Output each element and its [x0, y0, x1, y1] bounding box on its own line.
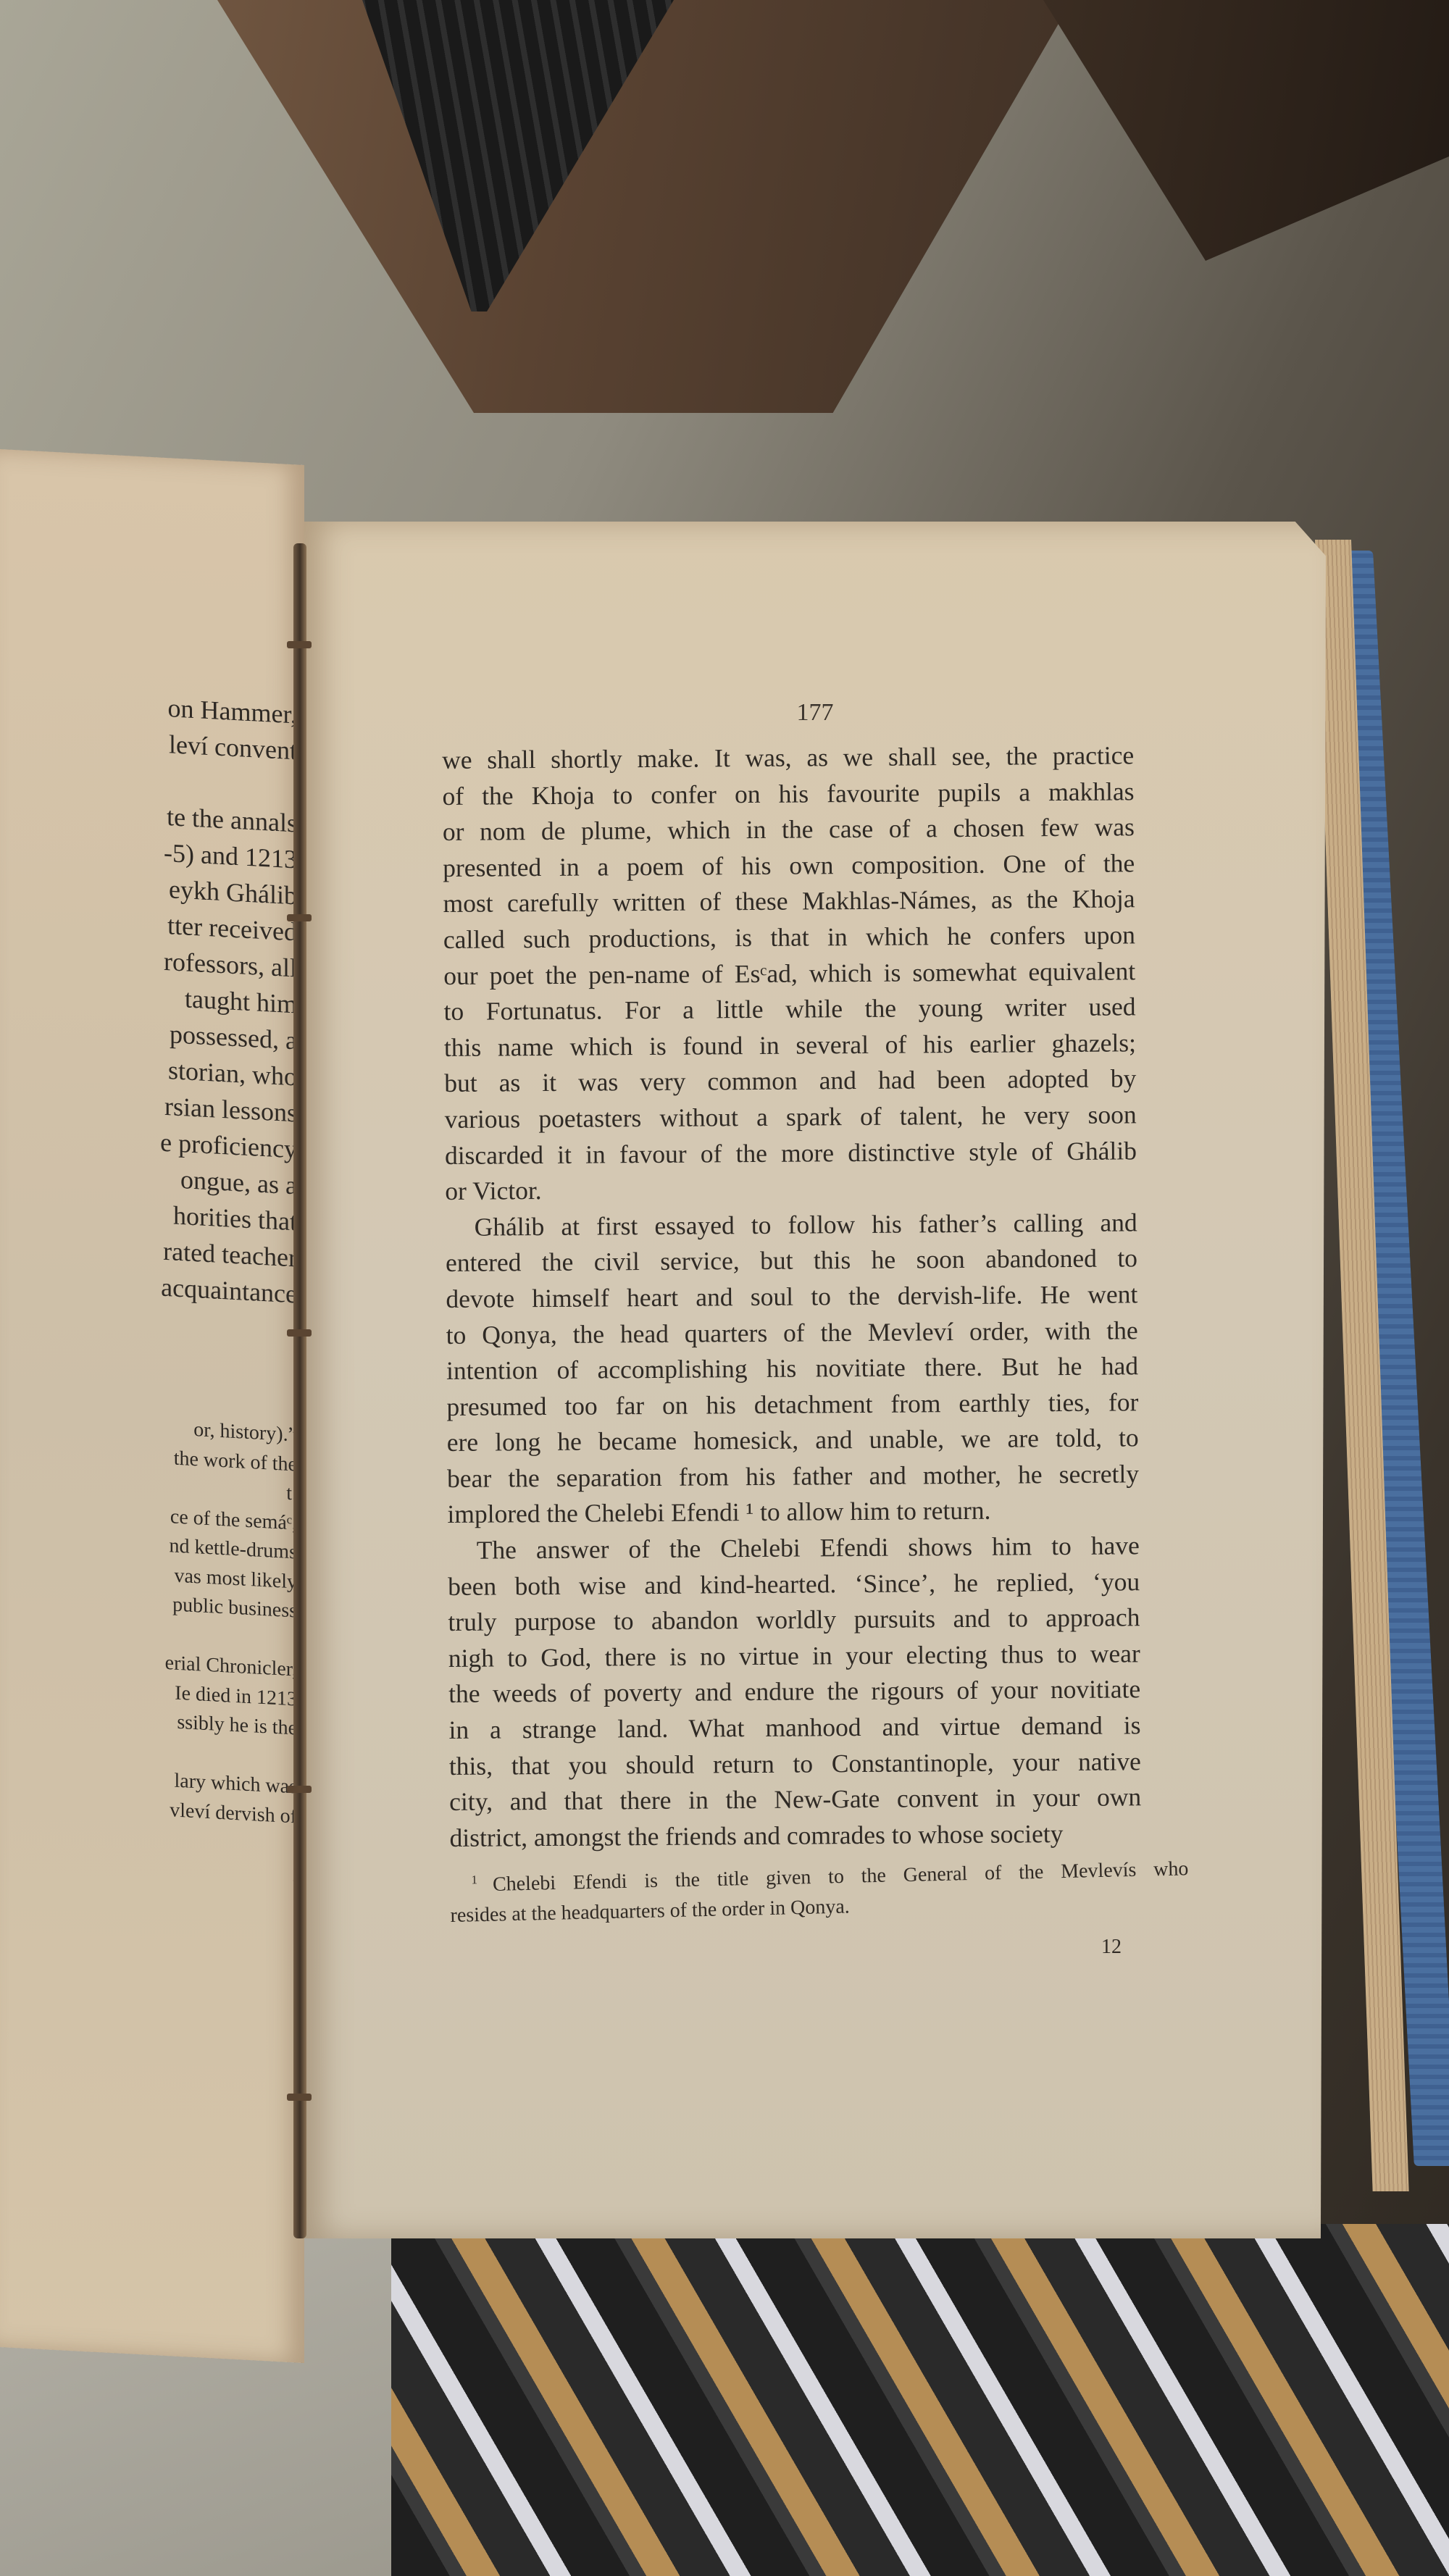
- left-page: on Hammer,leví convent te the annals-5) …: [0, 449, 304, 2363]
- binding-stitch: [287, 2094, 312, 2101]
- text-line: this, that you should return to Constant…: [449, 1744, 1141, 1784]
- text-line: we shall shortly make. It was, as we sha…: [442, 737, 1134, 778]
- text-line: presumed too far on his detachment from …: [446, 1384, 1138, 1425]
- text-line: to Qonya, the head quarters of the Mevle…: [446, 1313, 1138, 1353]
- text-line: Ghálib at first essayed to follow his fa…: [446, 1205, 1137, 1245]
- text-line: our poet the pen-name of Esᶜad, which is…: [443, 953, 1135, 994]
- text-line: or Victor.: [445, 1168, 1137, 1209]
- footnote: 1 Chelebi Efendi is the title given to t…: [449, 1849, 1190, 1931]
- body-text: we shall shortly make. It was, as we sha…: [442, 737, 1142, 1856]
- text-line: to Fortunatus. For a little while the yo…: [443, 989, 1135, 1029]
- binding-stitch: [287, 641, 312, 648]
- book-gutter: [293, 543, 306, 2238]
- binding-stitch: [287, 1329, 312, 1337]
- text-line: city, and that there in the New-Gate con…: [449, 1780, 1141, 1820]
- text-line: truly purpose to abandon worldly pursuit…: [448, 1600, 1140, 1641]
- text-line: bear the separation from his father and …: [447, 1456, 1139, 1497]
- text-line: devote himself heart and soul to the der…: [446, 1276, 1137, 1317]
- text-line: but as it was very common and had been a…: [444, 1061, 1136, 1102]
- footnote-marker: 1: [471, 1873, 493, 1887]
- text-line: presented in a poem of his own compositi…: [443, 845, 1135, 886]
- text-line: entered the civil service, but this he s…: [446, 1241, 1137, 1281]
- left-page-main-text: on Hammer,leví convent te the annals-5) …: [0, 680, 297, 1890]
- text-line: discarded it in favour of the more disti…: [445, 1133, 1137, 1174]
- text-line: nigh to God, there is no virtue in your …: [448, 1636, 1140, 1676]
- text-line: The answer of the Chelebi Efendi shows h…: [448, 1528, 1140, 1568]
- text-line: this name which is found in several of h…: [444, 1025, 1136, 1066]
- page-number: 177: [304, 699, 1326, 727]
- text-line: implored the Chelebi Efendi ¹ to allow h…: [447, 1492, 1139, 1533]
- text-line: most carefully written of these Makhlas-…: [443, 882, 1135, 922]
- signature-mark: 12: [1101, 1936, 1122, 1959]
- text-line: or nom de plume, which in the case of a …: [443, 810, 1135, 850]
- text-line: the weeds of poverty and endure the rigo…: [448, 1672, 1140, 1713]
- text-line: ere long he became homesick, and unable,…: [447, 1421, 1139, 1461]
- text-line: intention of accomplishing his novitiate…: [446, 1348, 1138, 1389]
- text-line: in a strange land. What manhood and virt…: [448, 1707, 1140, 1748]
- text-line: called such productions, is that in whic…: [443, 917, 1135, 958]
- binding-stitch: [287, 914, 312, 921]
- text-line: district, amongst the friends and comrad…: [449, 1815, 1141, 1856]
- binding-stitch: [287, 1786, 312, 1793]
- text-line: been both wise and kind-hearted. ‘Since’…: [448, 1564, 1140, 1605]
- text-line: of the Khoja to confer on his favourite …: [442, 774, 1134, 814]
- shelved-books-bottom: [391, 2224, 1449, 2576]
- right-page: 177 we shall shortly make. It was, as we…: [304, 522, 1326, 2238]
- text-line: various poetasters without a spark of ta…: [444, 1097, 1136, 1137]
